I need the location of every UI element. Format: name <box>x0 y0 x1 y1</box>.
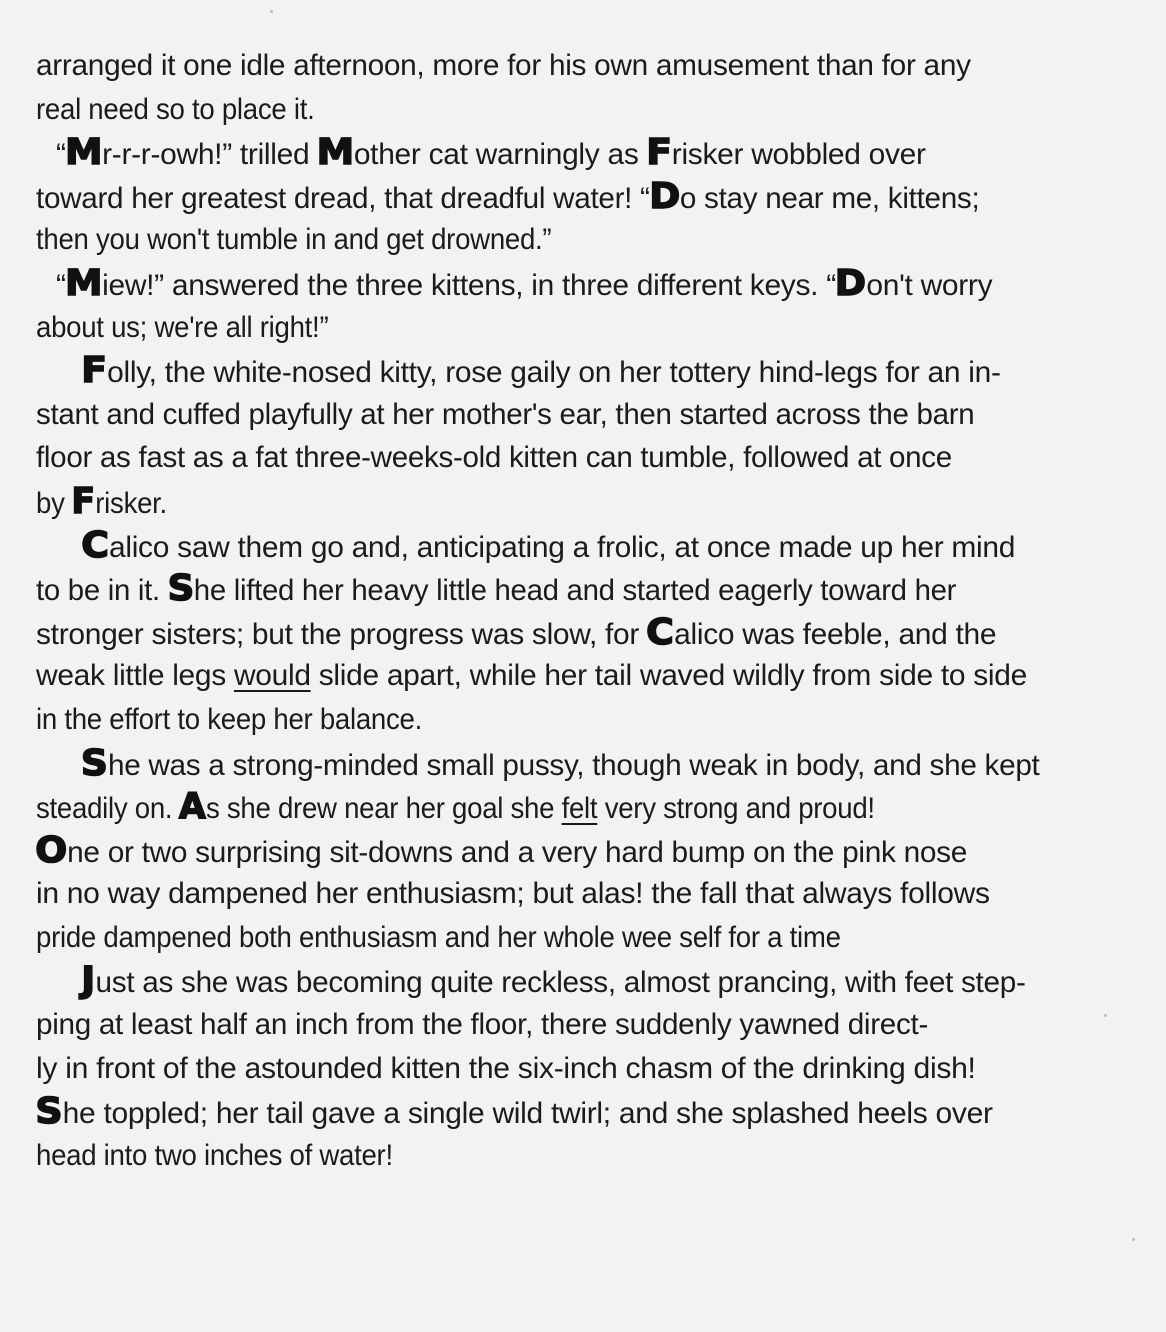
text-line: pride dampened both enthusiasm and her w… <box>36 916 1011 960</box>
text-line: One or two surprising sit-downs and a ve… <box>36 829 1090 873</box>
decorative-initial: M <box>65 262 102 306</box>
text-run: to be in it. <box>36 574 168 607</box>
decorative-initial: S <box>167 567 193 611</box>
paper-speck <box>270 10 273 13</box>
underlined-word: felt <box>562 792 598 825</box>
text-run: floor as fast as a fat three-weeks-old k… <box>36 441 952 474</box>
text-run: he lifted her heavy little head and star… <box>194 574 956 607</box>
text-line: stant and cuffed playfully at her mother… <box>36 393 1078 437</box>
text-line: She was a strong-minded small pussy, tho… <box>36 742 1086 786</box>
paper-speck <box>1132 1238 1135 1241</box>
decorative-initial: D <box>649 175 680 219</box>
text-run: weak little legs <box>36 659 234 692</box>
text-run: ust as she was becoming quite reckless, … <box>96 966 1026 999</box>
text-run: risker wobbled over <box>672 138 926 171</box>
text-run: alico saw them go and, anticipating a fr… <box>109 531 1015 564</box>
decorative-initial: M <box>316 131 353 175</box>
text-run: risker. <box>95 487 167 520</box>
text-run: toward her greatest dread, that dreadful… <box>36 182 650 215</box>
text-line: “Miew!” answered the three kittens, in t… <box>36 262 1094 306</box>
text-run: ne or two surprising sit-downs and a ver… <box>67 836 967 869</box>
decorative-initial: C <box>646 611 673 655</box>
text-run: olly, the white-nosed kitty, rose gaily … <box>107 356 1000 389</box>
text-run: o stay near me, kittens; <box>680 182 980 215</box>
text-line: ping at least half an inch from the floo… <box>36 1003 1084 1047</box>
text-line: “Mr-r-r-owh!” trilled Mother cat warning… <box>36 131 1094 175</box>
text-line: arranged it one idle afternoon, more for… <box>36 44 1089 88</box>
text-line: in no way dampened her enthusiasm; but a… <box>36 872 1096 916</box>
text-run: ly in front of the astounded kitten the … <box>36 1052 976 1085</box>
book-page-text: arranged it one idle afternoon, more for… <box>36 44 1096 1177</box>
text-line: real need so to place it. <box>36 88 1011 132</box>
decorative-initial: C <box>81 524 108 568</box>
text-run: slide apart, while her tail waved wildly… <box>311 659 1027 692</box>
text-run: then you won't tumble in and get drowned… <box>36 223 551 256</box>
decorative-initial: O <box>35 829 67 873</box>
decorative-initial: F <box>646 131 671 175</box>
text-line: then you won't tumble in and get drowned… <box>36 218 1011 262</box>
text-run: very strong and proud! <box>597 792 874 825</box>
text-run: in no way dampened her enthusiasm; but a… <box>36 877 990 910</box>
decorative-initial: F <box>81 349 106 393</box>
text-line: Just as she was becoming quite reckless,… <box>36 959 1086 1003</box>
text-run: he was a strong-minded small pussy, thou… <box>108 749 1040 782</box>
decorative-initial: S <box>81 742 108 786</box>
text-line: ly in front of the astounded kitten the … <box>36 1047 1100 1091</box>
text-run: about us; we're all right!” <box>36 311 328 344</box>
text-line: by Frisker. <box>36 480 1011 524</box>
text-line: stronger sisters; but the progress was s… <box>36 611 1094 655</box>
text-line: She toppled; her tail gave a single wild… <box>36 1090 1096 1134</box>
text-line: head into two inches of water! <box>36 1134 1011 1178</box>
decorative-initial: D <box>835 262 866 306</box>
text-line: Folly, the white-nosed kitty, rose gaily… <box>36 349 1094 393</box>
decorative-initial: M <box>65 131 102 175</box>
text-line: about us; we're all right!” <box>36 306 1011 350</box>
text-run: stant and cuffed playfully at her mother… <box>36 398 974 431</box>
text-run: he toppled; her tail gave a single wild … <box>63 1097 993 1130</box>
text-run: r-r-r-owh!” trilled <box>102 138 317 171</box>
text-run: on't worry <box>866 269 992 302</box>
text-line: to be in it. She lifted her heavy little… <box>36 567 1074 611</box>
decorative-initial: A <box>179 785 206 829</box>
text-line: in the effort to keep her balance. <box>36 698 1011 742</box>
text-line: weak little legs would slide apart, whil… <box>36 654 1094 698</box>
text-line: toward her greatest dread, that dreadful… <box>36 175 1084 219</box>
text-run: by <box>36 487 72 520</box>
text-run: in the effort to keep her balance. <box>36 703 422 736</box>
text-run: alico was feeble, and the <box>674 618 996 651</box>
text-run: steadily on. <box>36 792 180 825</box>
underlined-word: would <box>234 659 311 692</box>
text-run: ping at least half an inch from the floo… <box>36 1008 928 1041</box>
text-run: s she drew near her goal she <box>206 792 562 825</box>
text-run: real need so to place it. <box>36 93 314 126</box>
text-run: pride dampened both enthusiasm and her w… <box>36 921 841 954</box>
decorative-initial: S <box>35 1090 62 1134</box>
decorative-initial: F <box>71 480 94 524</box>
text-line: steadily on. As she drew near her goal s… <box>36 785 1011 829</box>
text-line: floor as fast as a fat three-weeks-old k… <box>36 436 1080 480</box>
paper-speck <box>1104 1014 1107 1017</box>
text-run: stronger sisters; but the progress was s… <box>36 618 647 651</box>
text-run: arranged it one idle afternoon, more for… <box>36 49 971 82</box>
text-run: other cat warningly as <box>354 138 647 171</box>
text-run: iew!” answered the three kittens, in thr… <box>102 269 836 302</box>
decorative-initial: J <box>81 959 95 1003</box>
text-line: Calico saw them go and, anticipating a f… <box>36 524 1094 568</box>
text-run: head into two inches of water! <box>36 1139 393 1172</box>
